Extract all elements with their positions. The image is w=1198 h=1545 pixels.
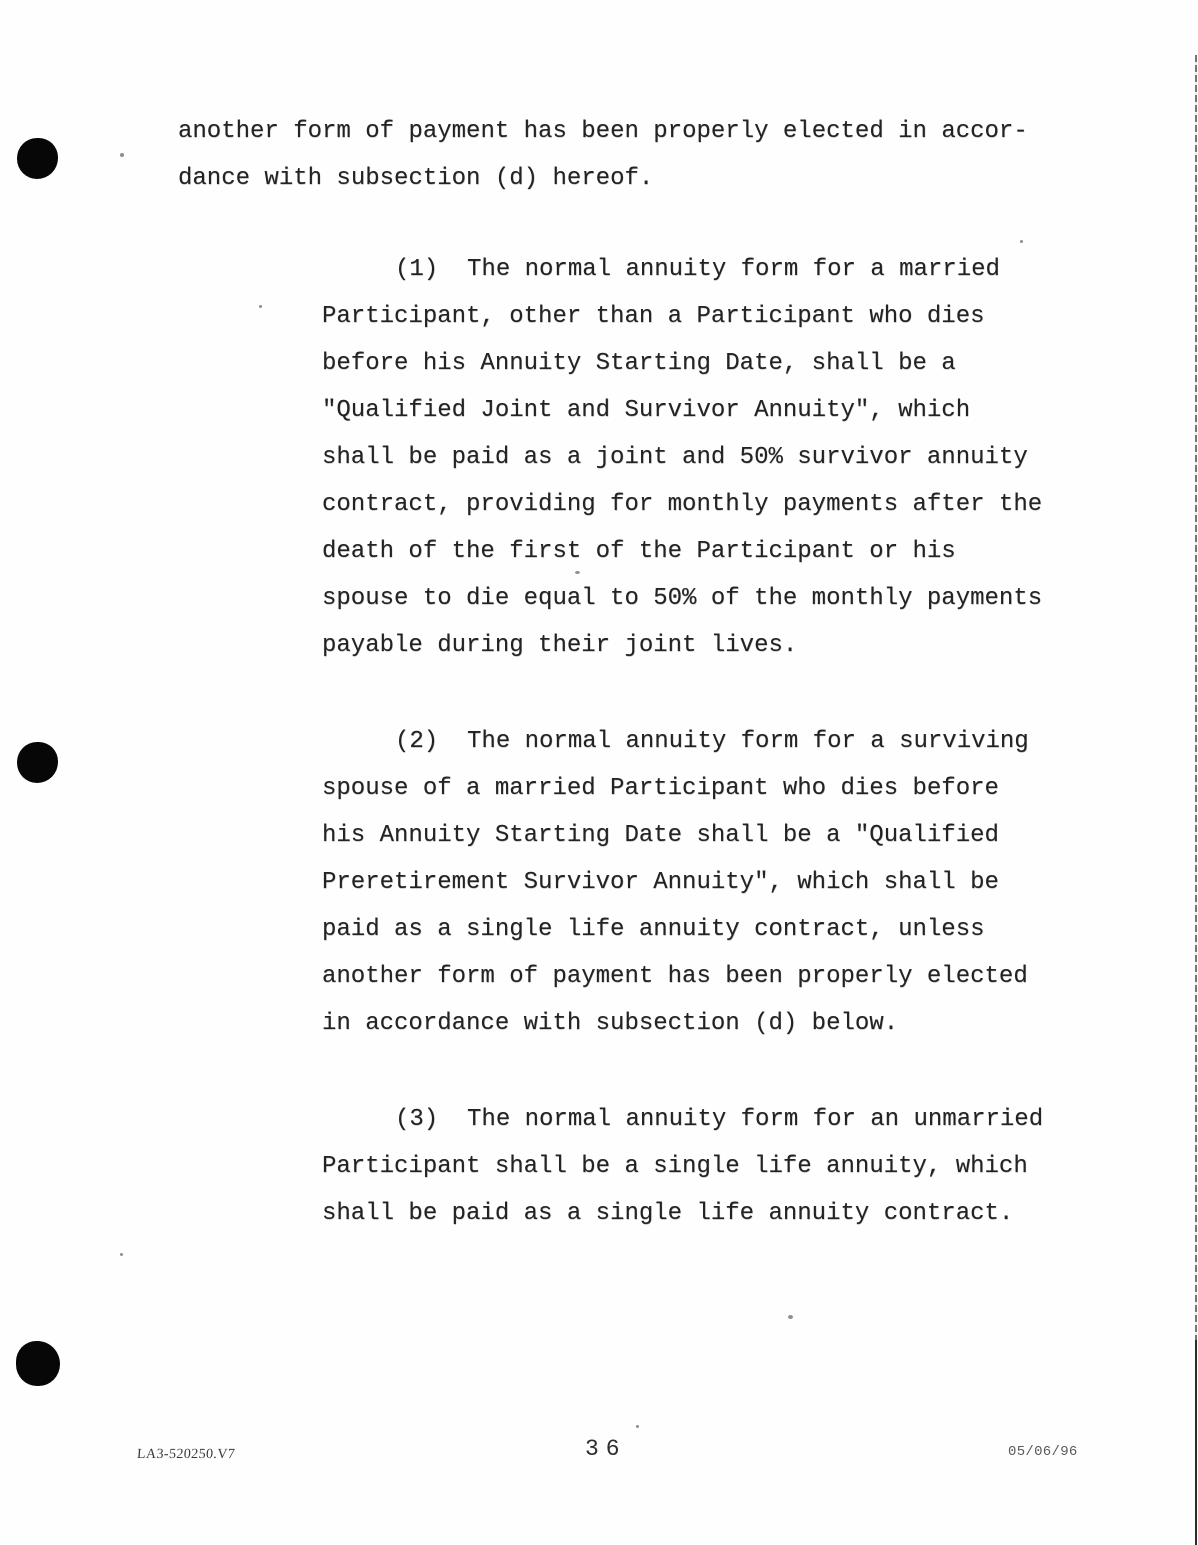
text-line: spouse to die equal to 50% of the monthl… — [322, 575, 1198, 622]
scan-edge-line-dark — [1195, 1340, 1197, 1545]
text-line: death of the first of the Participant or… — [322, 528, 1198, 575]
footer-page-number: 36 — [585, 1436, 627, 1462]
text-line: Participant shall be a single life annui… — [322, 1143, 1198, 1190]
scan-speck — [636, 1425, 639, 1428]
text-line: another form of payment has been properl… — [178, 108, 1198, 155]
text-line: contract, providing for monthly payments… — [322, 481, 1198, 528]
punch-hole-bottom — [16, 1341, 60, 1386]
footer-date: 05/06/96 — [1008, 1444, 1078, 1460]
numbered-paragraph-1: (1) The normal annuity form for a marrie… — [322, 246, 1198, 669]
text-line: paid as a single life annuity contract, … — [322, 906, 1198, 953]
text-line: shall be paid as a joint and 50% survivo… — [322, 434, 1198, 481]
text-line: in accordance with subsection (d) below. — [322, 1000, 1198, 1047]
text-line: payable during their joint lives. — [322, 622, 1198, 669]
text-line: Participant, other than a Participant wh… — [322, 293, 1198, 340]
scanned-document-page: another form of payment has been properl… — [0, 0, 1198, 1545]
text-line: (2) The normal annuity form for a surviv… — [322, 718, 1198, 765]
text-line: before his Annuity Starting Date, shall … — [322, 340, 1198, 387]
text-line: shall be paid as a single life annuity c… — [322, 1190, 1198, 1237]
document-text: another form of payment has been properl… — [0, 108, 1198, 1286]
intro-paragraph: another form of payment has been properl… — [178, 108, 1198, 202]
text-line: "Qualified Joint and Survivor Annuity", … — [322, 387, 1198, 434]
text-line: (1) The normal annuity form for a marrie… — [322, 246, 1198, 293]
numbered-paragraph-3: (3) The normal annuity form for an unmar… — [322, 1096, 1198, 1237]
text-line: (3) The normal annuity form for an unmar… — [322, 1096, 1198, 1143]
scan-speck — [788, 1315, 793, 1319]
text-line: Preretirement Survivor Annuity", which s… — [322, 859, 1198, 906]
numbered-paragraph-2: (2) The normal annuity form for a surviv… — [322, 718, 1198, 1047]
text-line: another form of payment has been properl… — [322, 953, 1198, 1000]
text-line: dance with subsection (d) hereof. — [178, 155, 1198, 202]
footer-document-id: LA3-520250.V7 — [136, 1447, 235, 1463]
text-line: spouse of a married Participant who dies… — [322, 765, 1198, 812]
text-line: his Annuity Starting Date shall be a "Qu… — [322, 812, 1198, 859]
